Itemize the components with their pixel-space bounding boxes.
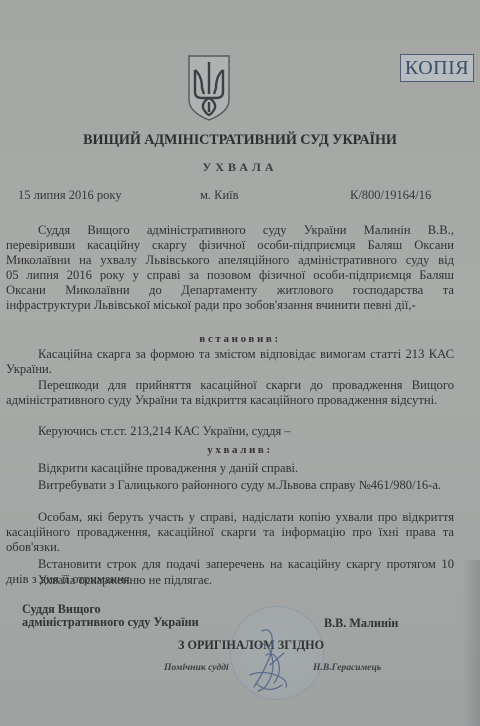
judge-name: В.В. Малинін bbox=[324, 616, 398, 631]
ruled-paragraph: Відкрити касаційне провадження у даній с… bbox=[6, 461, 454, 476]
page-edge-shadow bbox=[462, 560, 480, 726]
assistant-name: Н.В.Герасимець bbox=[313, 662, 381, 673]
judge-title-line: адміністративного суду України bbox=[22, 616, 199, 629]
document-type: УХВАЛА bbox=[0, 160, 480, 175]
document-date: 15 липня 2016 року bbox=[18, 188, 122, 203]
ruled-heading: ухвалив: bbox=[0, 444, 480, 456]
copy-stamp: КОПІЯ bbox=[400, 54, 474, 82]
trident-emblem-icon bbox=[186, 54, 232, 122]
ruled-paragraph: Ухвала оскарженню не підлягає. bbox=[6, 573, 454, 588]
intro-line: інфраструктури Львівської міської ради п… bbox=[6, 298, 454, 313]
document-page: КОПІЯ ВИЩИЙ АДМІНІСТРАТИВНИЙ СУД УКРАЇНИ… bbox=[0, 0, 480, 726]
established-paragraph: Касаційна скарга за формою та змістом ві… bbox=[6, 347, 454, 377]
intro-line: Суддя Вищого адміністративного суду Укра… bbox=[6, 223, 454, 238]
intro-line: перевіривши касаційну скаргу фізичної ос… bbox=[6, 238, 454, 253]
established-heading: встановив: bbox=[0, 333, 480, 345]
judge-title: Суддя Вищого адміністративного суду Укра… bbox=[22, 603, 199, 629]
handwritten-signature-icon bbox=[240, 625, 300, 697]
assistant-label: Помічник судді bbox=[164, 662, 229, 673]
intro-line: 05 липня 2016 року у справі за позовом ф… bbox=[6, 268, 454, 283]
document-city: м. Київ bbox=[200, 188, 239, 203]
case-number: К/800/19164/16 bbox=[350, 188, 431, 203]
intro-line: Миколаївни на ухвалу Львівського апеляці… bbox=[6, 253, 454, 268]
established-paragraph: Керуючись ст.ст. 213,214 КАС України, су… bbox=[6, 424, 454, 439]
ruled-paragraph: Витребувати з Галицького районного суду … bbox=[6, 478, 454, 493]
court-name: ВИЩИЙ АДМІНІСТРАТИВНИЙ СУД УКРАЇНИ bbox=[0, 132, 480, 149]
established-paragraph: Перешкоди для прийняття касаційної скарг… bbox=[6, 378, 454, 408]
ruled-paragraph: Особам, які беруть участь у справі, наді… bbox=[6, 510, 454, 556]
intro-line: Оксани Миколаївни до Департаменту житлов… bbox=[6, 283, 454, 298]
